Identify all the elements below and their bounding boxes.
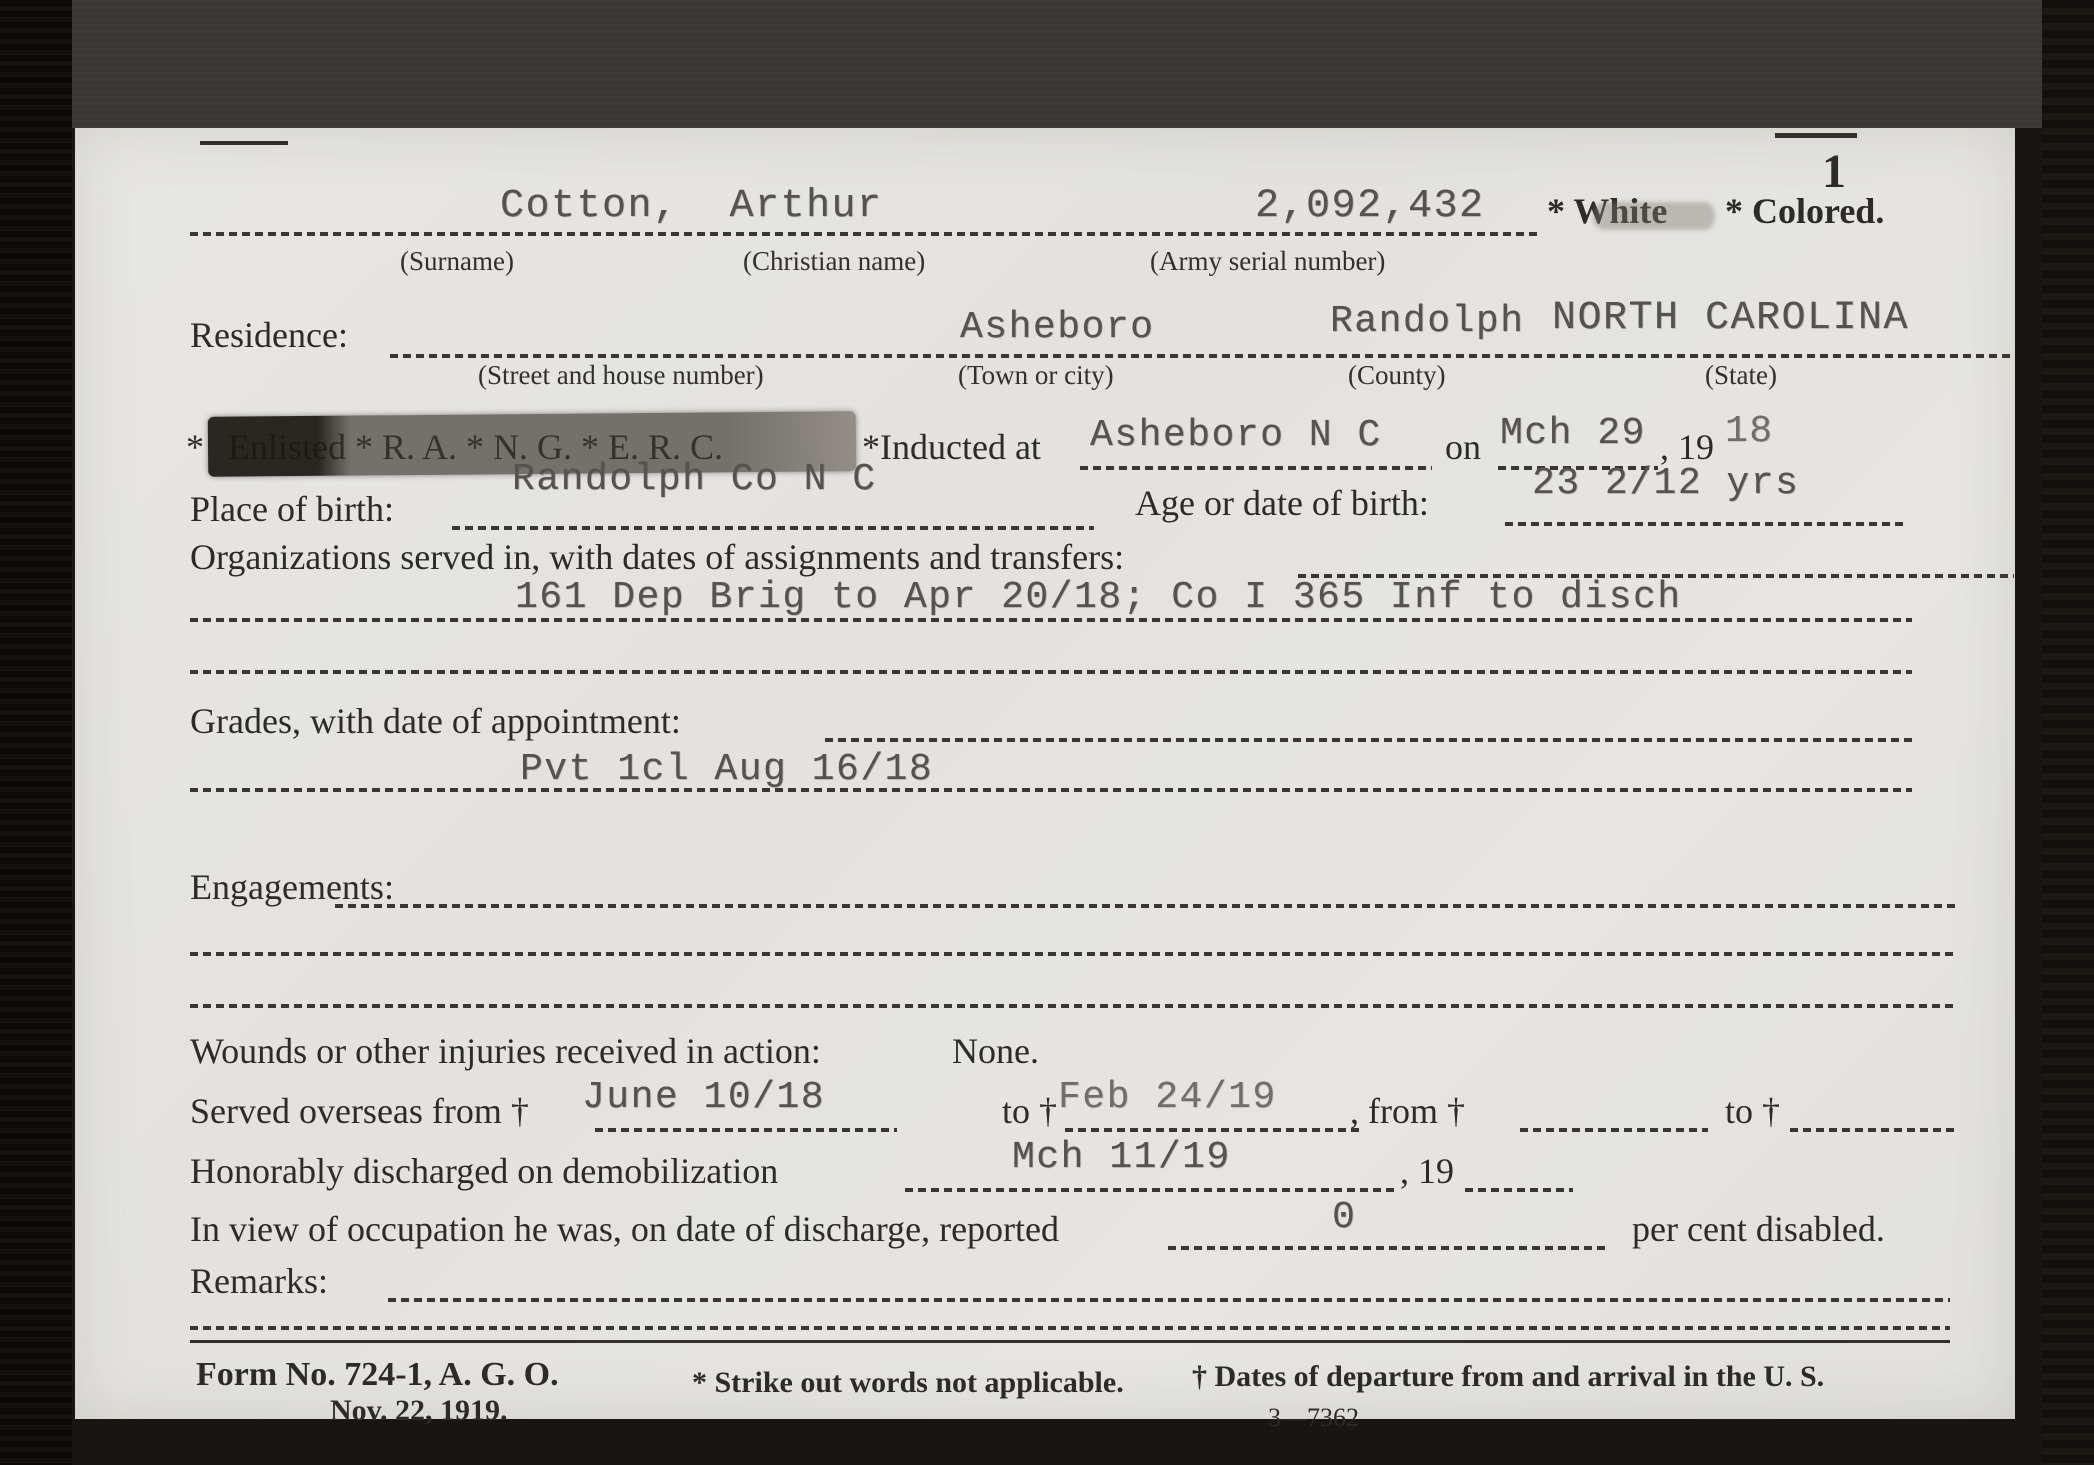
overseas-from-value: June 10/18 bbox=[582, 1076, 825, 1119]
state-caption: (State) bbox=[1705, 360, 1777, 391]
grades-rule-1 bbox=[825, 738, 1913, 742]
induction-date-value: Mch 29 bbox=[1500, 412, 1646, 455]
disability-suffix: per cent disabled. bbox=[1632, 1210, 1885, 1250]
remarks-rule-1 bbox=[388, 1298, 1950, 1302]
induction-year-value: 18 bbox=[1725, 410, 1774, 453]
overseas-to-label: to † bbox=[1002, 1092, 1057, 1132]
organizations-rule-3 bbox=[190, 670, 1912, 674]
grades-rule-2 bbox=[190, 788, 1912, 792]
wounds-label: Wounds or other injuries received in act… bbox=[190, 1032, 821, 1072]
overseas-rule-1 bbox=[595, 1128, 897, 1132]
overseas-rule-2 bbox=[1065, 1128, 1361, 1132]
engagements-rule-1 bbox=[335, 904, 1957, 908]
wounds-value: None. bbox=[952, 1032, 1039, 1072]
serial-caption: (Army serial number) bbox=[1150, 246, 1385, 277]
grades-value: Pvt 1cl Aug 16/18 bbox=[520, 748, 933, 791]
enlist-asterisk: * bbox=[186, 428, 204, 468]
engagements-label: Engagements: bbox=[190, 868, 394, 908]
inducted-at-label: *Inducted at bbox=[862, 428, 1041, 468]
discharge-label: Honorably discharged on demobilization bbox=[190, 1152, 778, 1192]
scan-background: 1 Cotton, Arthur 2,092,432 * White * Col… bbox=[0, 0, 2094, 1465]
age-label: Age or date of birth: bbox=[1135, 484, 1429, 524]
overseas-to2-label: to † bbox=[1725, 1092, 1780, 1132]
scan-right-edge bbox=[2042, 0, 2094, 1465]
name-rule bbox=[190, 232, 1538, 236]
overseas-from-label: Served overseas from † bbox=[190, 1092, 529, 1132]
scan-top-band bbox=[70, 0, 2094, 128]
dagger-note: † Dates of departure from and arrival in… bbox=[1192, 1360, 1824, 1393]
grades-label: Grades, with date of appointment: bbox=[190, 702, 681, 742]
organizations-value: 161 Dep Brig to Apr 20/18; Co I 365 Inf … bbox=[515, 576, 1682, 619]
top-left-tick bbox=[200, 141, 288, 145]
remarks-label: Remarks: bbox=[190, 1262, 328, 1302]
disability-rule bbox=[1168, 1246, 1608, 1250]
age-rule bbox=[1505, 522, 1903, 526]
organizations-label: Organizations served in, with dates of a… bbox=[190, 538, 1124, 578]
discharge-year-label: , 19 bbox=[1400, 1152, 1454, 1192]
name-field-value: Cotton, Arthur bbox=[500, 184, 883, 229]
discharge-rule-2 bbox=[1465, 1188, 1573, 1192]
serial-field-value: 2,092,432 bbox=[1255, 184, 1485, 229]
birth-place-label: Place of birth: bbox=[190, 490, 394, 530]
overseas-rule-4 bbox=[1790, 1128, 1958, 1132]
print-code: 3—7362 bbox=[1268, 1404, 1359, 1433]
inducted-place-rule bbox=[1080, 466, 1432, 470]
birth-place-rule bbox=[452, 526, 1094, 530]
remarks-rule-2 bbox=[190, 1326, 1950, 1330]
residence-state-value: NORTH CAROLINA bbox=[1552, 296, 1909, 341]
form-number: Form No. 724-1, A. G. O. bbox=[196, 1356, 559, 1393]
strike-note: * Strike out words not applicable. bbox=[692, 1366, 1124, 1399]
white-strike-smudge bbox=[1593, 202, 1715, 230]
residence-county-value: Randolph bbox=[1330, 300, 1524, 343]
residence-town-value: Asheboro bbox=[960, 306, 1154, 349]
top-right-tick bbox=[1775, 133, 1857, 138]
christian-name-caption: (Christian name) bbox=[743, 246, 925, 277]
residence-label: Residence: bbox=[190, 316, 348, 356]
surname-caption: (Surname) bbox=[400, 246, 514, 277]
scan-left-edge bbox=[0, 0, 72, 1465]
footer-divider bbox=[190, 1340, 1950, 1343]
age-value: 23 2/12 yrs bbox=[1532, 462, 1799, 505]
on-label: on bbox=[1445, 428, 1481, 468]
discharge-date-value: Mch 11/19 bbox=[1012, 1136, 1231, 1179]
birth-place-value: Randolph Co N C bbox=[512, 458, 877, 501]
organizations-rule-2 bbox=[190, 618, 1912, 622]
engagements-rule-3 bbox=[190, 1004, 1955, 1008]
disability-value: 0 bbox=[1332, 1196, 1356, 1239]
engagements-rule-2 bbox=[190, 952, 1955, 956]
race-option-colored: * Colored. bbox=[1725, 192, 1884, 232]
overseas-from2-label: , from † bbox=[1350, 1092, 1465, 1132]
county-caption: (County) bbox=[1348, 360, 1446, 391]
residence-rule bbox=[390, 354, 2015, 358]
form-date: Nov. 22, 1919. bbox=[330, 1394, 508, 1427]
overseas-to-value: Feb 24/19 bbox=[1058, 1076, 1277, 1119]
town-caption: (Town or city) bbox=[958, 360, 1114, 391]
service-record-card: 1 Cotton, Arthur 2,092,432 * White * Col… bbox=[75, 128, 2015, 1419]
discharge-rule-1 bbox=[905, 1188, 1397, 1192]
overseas-rule-3 bbox=[1520, 1128, 1708, 1132]
street-caption: (Street and house number) bbox=[478, 360, 764, 391]
inducted-place-value: Asheboro N C bbox=[1090, 414, 1382, 457]
disability-label: In view of occupation he was, on date of… bbox=[190, 1210, 1059, 1250]
